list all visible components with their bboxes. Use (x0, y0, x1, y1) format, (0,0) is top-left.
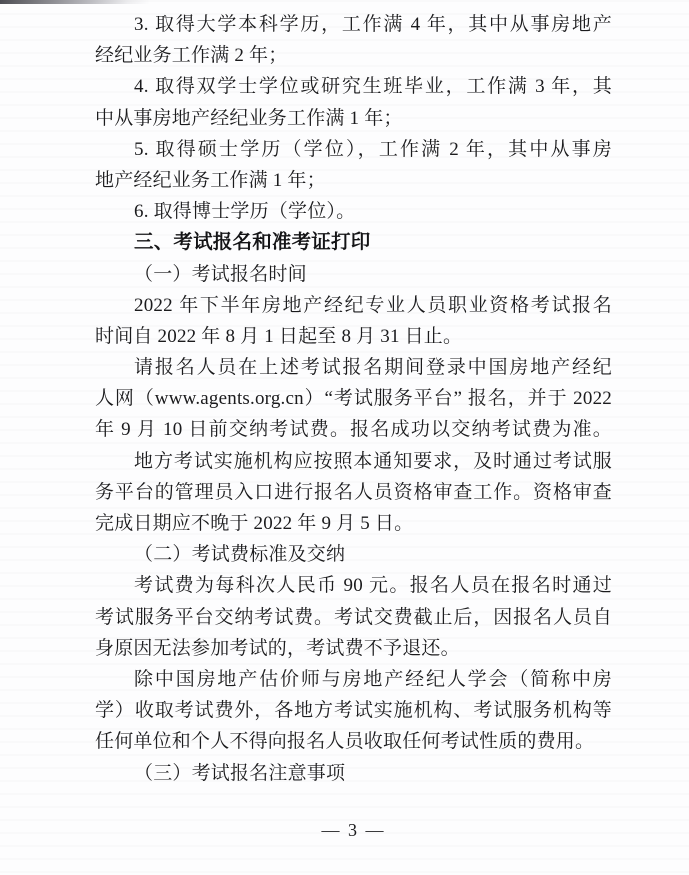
text-line: 时间自 2022 年 8 月 1 日起至 8 月 31 日止。 (95, 321, 612, 352)
document-body: 3. 取得大学本科学历，工作满 4 年，其中从事房地产 经纪业务工作满 2 年；… (95, 9, 612, 789)
text-line: 学）收取考试费外，各地方考试实施机构、考试服务机构等 (95, 695, 612, 726)
text-line: 地方考试实施机构应按照本通知要求，及时通过考试服 (95, 446, 612, 477)
text-line: 务平台的管理员入口进行报名人员资格审查工作。资格审查 (95, 477, 612, 508)
text-line: 完成日期应不晚于 2022 年 9 月 5 日。 (95, 508, 612, 539)
subsection-heading-3: （三）考试报名注意事项 (95, 758, 612, 789)
text-line: 6. 取得博士学历（学位）。 (95, 196, 612, 227)
page-number: — 3 — (322, 820, 386, 840)
text-line: 4. 取得双学士学位或研究生班毕业，工作满 3 年，其 (95, 71, 612, 102)
text-line: 请报名人员在上述考试报名期间登录中国房地产经纪 (95, 352, 612, 383)
text-line: 考试服务平台交纳考试费。考试交费截止后，因报名人员自 (95, 602, 612, 633)
text-line-with-url: 人网（www.agents.org.cn）“考试服务平台” 报名，并于 2022 (95, 383, 612, 414)
text-line: 年 9 月 10 日前交纳考试费。报名成功以交纳考试费为准。 (95, 414, 612, 445)
document-page: { "document": { "lines": [ { "text": "3.… (0, 0, 689, 875)
section-heading: 三、考试报名和准考证打印 (95, 227, 612, 258)
text-line: 任何单位和个人不得向报名人员收取任何考试性质的费用。 (95, 726, 612, 757)
text-line: 5. 取得硕士学历（学位），工作满 2 年，其中从事房 (95, 134, 612, 165)
text-line: 地产经纪业务工作满 1 年； (95, 165, 612, 196)
text-line: 经纪业务工作满 2 年； (95, 40, 612, 71)
text-line: 身原因无法参加考试的，考试费不予退还。 (95, 633, 612, 664)
subsection-heading-1: （一）考试报名时间 (95, 259, 612, 290)
subsection-heading-2: （二）考试费标准及交纳 (95, 539, 612, 570)
text-line: 2022 年下半年房地产经纪专业人员职业资格考试报名 (95, 290, 612, 321)
text-line: 除中国房地产估价师与房地产经纪人学会（简称中房 (95, 664, 612, 695)
text-line: 中从事房地产经纪业务工作满 1 年； (95, 103, 612, 134)
text-line: 3. 取得大学本科学历，工作满 4 年，其中从事房地产 (95, 9, 612, 40)
scan-edge-artifact (0, 0, 150, 4)
page-footer: — 3 — (95, 815, 612, 846)
text-line: 考试费为每科次人民币 90 元。报名人员在报名时通过 (95, 570, 612, 601)
